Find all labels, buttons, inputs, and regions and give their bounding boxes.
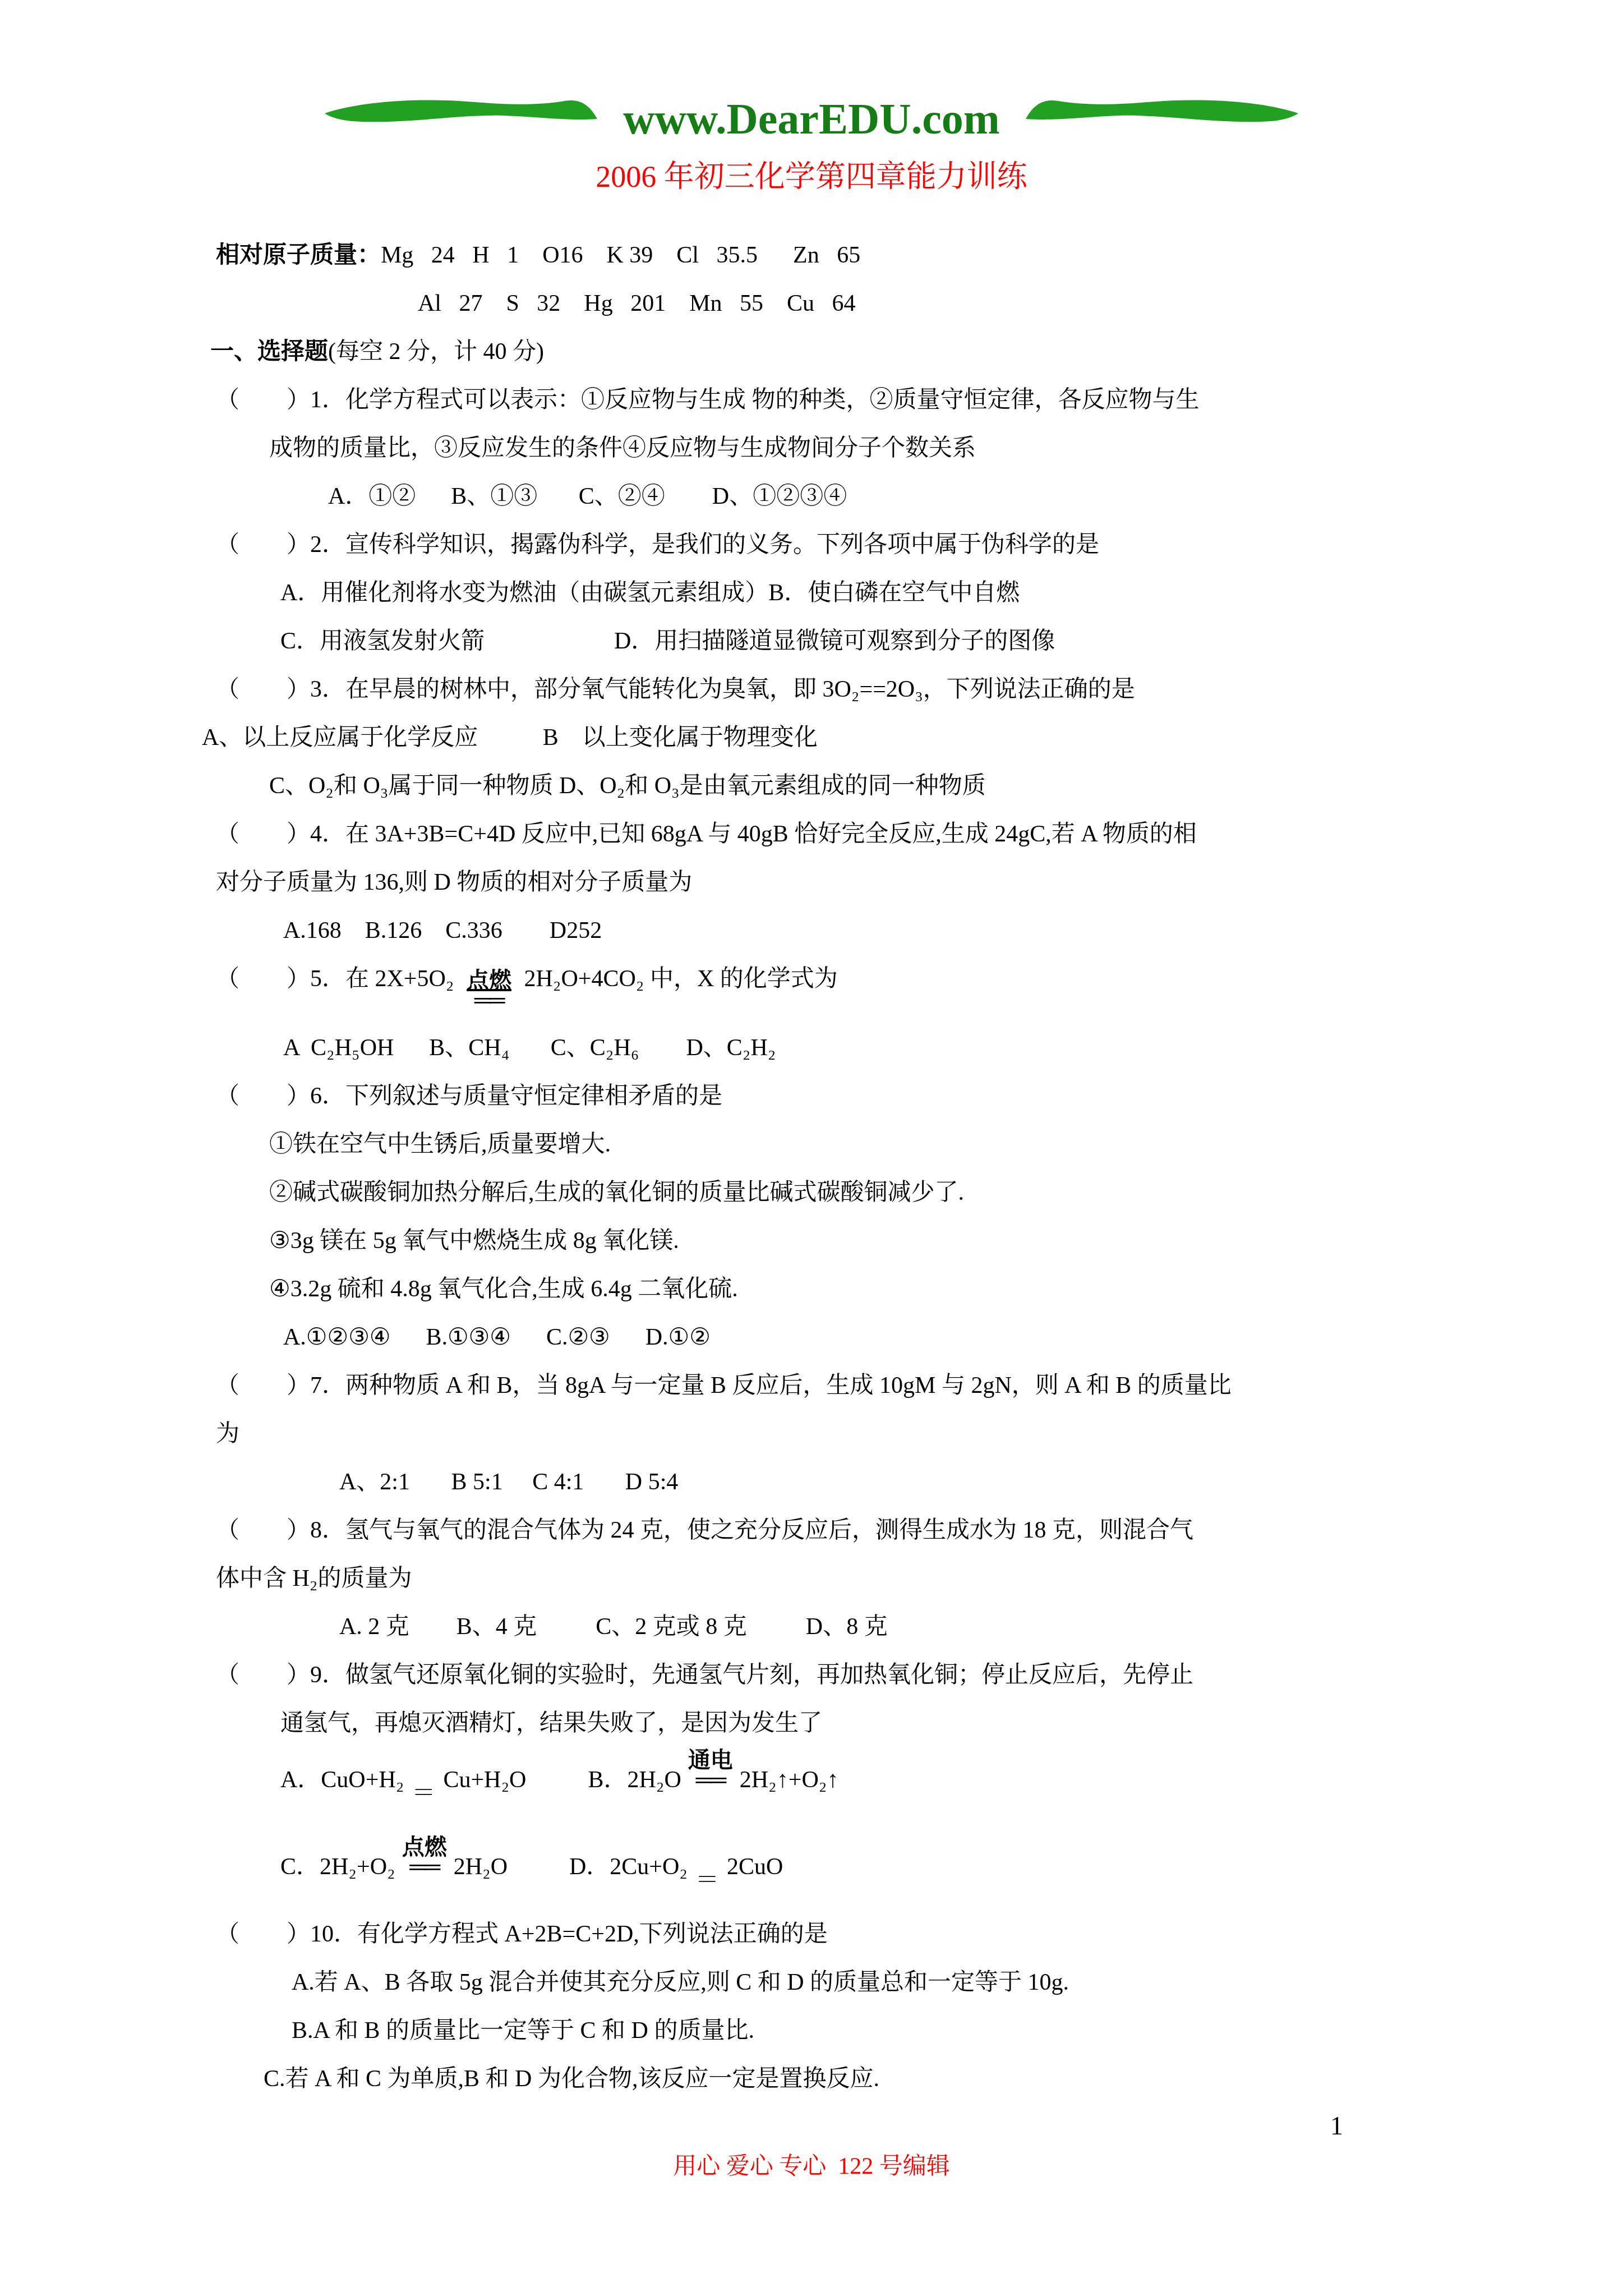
q8-line-1: （ ）8．氢气与氧气的混合气体为 24 克，使之充分反应后，测得生成水为 18 … <box>216 1506 1623 1554</box>
q10-option-a: A.若 A、B 各取 5g 混合并使其充分反应,则 C 和 D 的质量总和一定等… <box>292 1958 1623 2007</box>
q7-options: A、2:1 B 5:1 C 4:1 D 5:4 <box>339 1458 1623 1506</box>
exam-page: www.DearEDU.com 2006 年初三化学第四章能力训练 相对原子质量… <box>0 0 1623 2296</box>
q5-stem: （ ）5．在 2X+5O₂ 点燃══ 2H₂O+4CO₂ 中，X 的化学式为 <box>216 955 1623 1007</box>
q9-line-2: 通氢气，再熄灭酒精灯，结果失败了，是因为发生了 <box>280 1699 1623 1747</box>
page-title: 2006 年初三化学第四章能力训练 <box>0 159 1623 194</box>
q9-eqd-rhs: 2CuO <box>727 1854 783 1880</box>
q9-eqb-condition-block: 通电══ <box>688 1747 733 1787</box>
q9-equation-a: A．CuO+H₂＝Cu+H₂O <box>280 1767 526 1793</box>
logo-swoosh-right-icon <box>1026 100 1298 122</box>
q5-stem-pre: （ ）5．在 2X+5O₂ <box>216 966 460 992</box>
q9-eqb-rhs: 2H₂↑+O₂↑ <box>740 1767 839 1793</box>
q9-equation-c: C．2H₂+O₂点燃══2H₂O <box>280 1854 508 1880</box>
q9-eqc-rhs: 2H₂O <box>454 1854 508 1880</box>
q6-item-2: ②碱式碳酸铜加热分解后,生成的氧化铜的质量比碱式碳酸铜减少了. <box>269 1168 1623 1217</box>
q6-item-1: ①铁在空气中生锈后,质量要增大. <box>269 1120 1623 1168</box>
q10-option-c: C.若 A 和 C 为单质,B 和 D 为化合物,该反应一定是置换反应. <box>264 2055 1623 2103</box>
q9-eqb-condition-line: ══ <box>688 1773 733 1787</box>
q5-condition-line: ══ <box>467 993 511 1007</box>
q9-eqc-lhs: 2H₂+O₂ <box>320 1854 395 1880</box>
q9-eqa-label: A． <box>280 1767 321 1793</box>
q1-options: A．①② B、①③ C、②④ D、①②③④ <box>328 472 1623 521</box>
logo-text: www.DearEDU.com <box>623 94 1000 143</box>
atomic-mass-line-1: 相对原子质量：Mg 24 H 1 O16 K 39 Cl 35.5 Zn 65 <box>216 231 1623 279</box>
q10-option-b: B.A 和 B 的质量比一定等于 C 和 D 的质量比. <box>292 2007 1623 2055</box>
section-heading-title: 一、选择题 <box>210 339 328 365</box>
q4-options: A.168 B.126 C.336 D252 <box>283 907 1623 955</box>
q9-eqd-equals: ＝ <box>695 1856 719 1904</box>
footer-slogan: 用心 爱心 专心 122 号编辑 <box>0 2152 1623 2180</box>
q5-options: A C₂H₅OH B、CH₄ C、C₂H₆ D、C₂H₂ <box>283 1024 1623 1072</box>
q9-eqb-lhs: 2H₂O <box>627 1767 681 1793</box>
atomic-mass-values-1: Mg 24 H 1 O16 K 39 Cl 35.5 Zn 65 <box>381 242 860 268</box>
q9-equation-b: B．2H₂O通电══2H₂↑+O₂↑ <box>588 1767 838 1793</box>
q3-line-1: （ ）3．在早晨的树林中，部分氧气能转化为臭氧，即 3O₂==2O₃，下列说法正… <box>216 665 1623 714</box>
q8-line-2: 体中含 H₂的质量为 <box>216 1554 1623 1603</box>
q3-options-cd: C、O₂和 O₃属于同一种物质 D、O₂和 O₃是由氧元素组成的同一种物质 <box>269 762 1623 810</box>
q9-equation-row-2: C．2H₂+O₂点燃══2H₂OD．2Cu+O₂＝2CuO <box>280 1834 1623 1904</box>
section-heading: 一、选择题(每空 2 分，计 40 分) <box>210 328 1623 376</box>
q8-options: A. 2 克 B、4 克 C、2 克或 8 克 D、8 克 <box>339 1603 1623 1651</box>
q10-line-1: （ ）10．有化学方程式 A+2B=C+2D,下列说法正确的是 <box>216 1910 1623 1958</box>
q4-line-1: （ ）4．在 3A+3B=C+4D 反应中,已知 68gA 与 40gB 恰好完… <box>216 810 1623 858</box>
q9-eqc-condition-line: ══ <box>402 1860 447 1874</box>
q3-options-ab: A、以上反应属于化学反应 B 以上变化属于物理变化 <box>202 714 1623 762</box>
q9-equation-d: D．2Cu+O₂＝2CuO <box>569 1854 783 1880</box>
q2-options-ab: A．用催化剂将水变为燃油（由碳氢元素组成）B．使白磷在空气中自燃 <box>280 569 1623 617</box>
q4-line-2: 对分子质量为 136,则 D 物质的相对分子质量为 <box>216 858 1623 907</box>
dearedu-logo: www.DearEDU.com <box>0 0 1623 154</box>
logo-swoosh-left-icon <box>325 100 597 122</box>
atomic-mass-label: 相对原子质量： <box>216 242 381 268</box>
atomic-mass-line-2: Al 27 S 32 Hg 201 Mn 55 Cu 64 <box>418 279 1623 328</box>
section-heading-note: (每空 2 分，计 40 分) <box>328 339 544 365</box>
q1-line-2: 成物的质量比，③反应发生的条件④反应物与生成物间分子个数关系 <box>269 424 1623 472</box>
q6-options: A.①②③④ B.①③④ C.②③ D.①② <box>283 1313 1623 1361</box>
q9-eqc-label: C． <box>280 1854 320 1880</box>
q9-equation-row-1: A．CuO+H₂＝Cu+H₂OB．2H₂O通电══2H₂↑+O₂↑ <box>280 1747 1623 1818</box>
q9-eqa-lhs: CuO+H₂ <box>321 1767 404 1793</box>
q9-eqd-lhs: 2Cu+O₂ <box>610 1854 688 1880</box>
q9-line-1: （ ）9．做氢气还原氧化铜的实验时，先通氢气片刻，再加热氧化铜；停止反应后，先停… <box>216 1651 1623 1699</box>
q9-eqa-rhs: Cu+H₂O <box>443 1767 526 1793</box>
q9-eqd-label: D． <box>569 1854 610 1880</box>
q9-eqc-condition-block: 点燃══ <box>402 1834 447 1874</box>
q6-item-3: ③3g 镁在 5g 氧气中燃烧生成 8g 氧化镁. <box>269 1217 1623 1265</box>
q7-line-2: 为 <box>216 1410 1623 1458</box>
q6-item-4: ④3.2g 硫和 4.8g 氧气化合,生成 6.4g 二氧化硫. <box>269 1265 1623 1313</box>
q6-line-1: （ ）6．下列叙述与质量守恒定律相矛盾的是 <box>216 1072 1623 1120</box>
q2-options-cd: C．用液氢发射火箭 D．用扫描隧道显微镜可观察到分子的图像 <box>280 617 1623 665</box>
q9-eqb-label: B． <box>588 1767 627 1793</box>
q5-stem-post: 2H₂O+4CO₂ 中，X 的化学式为 <box>518 966 838 992</box>
page-number: 1 <box>1330 2110 1343 2142</box>
q2-line-1: （ ）2．宣传科学知识，揭露伪科学，是我们的义务。下列各项中属于伪科学的是 <box>216 521 1623 569</box>
q5-condition-block: 点燃══ <box>467 968 511 1007</box>
q7-line-1: （ ）7．两种物质 A 和 B，当 8gA 与一定量 B 反应后，生成 10gM… <box>216 1361 1623 1410</box>
q1-line-1: （ ）1．化学方程式可以表示：①反应物与生成 物的种类，②质量守恒定律，各反应物… <box>216 376 1623 424</box>
q9-eqa-equals: ＝ <box>412 1769 435 1818</box>
